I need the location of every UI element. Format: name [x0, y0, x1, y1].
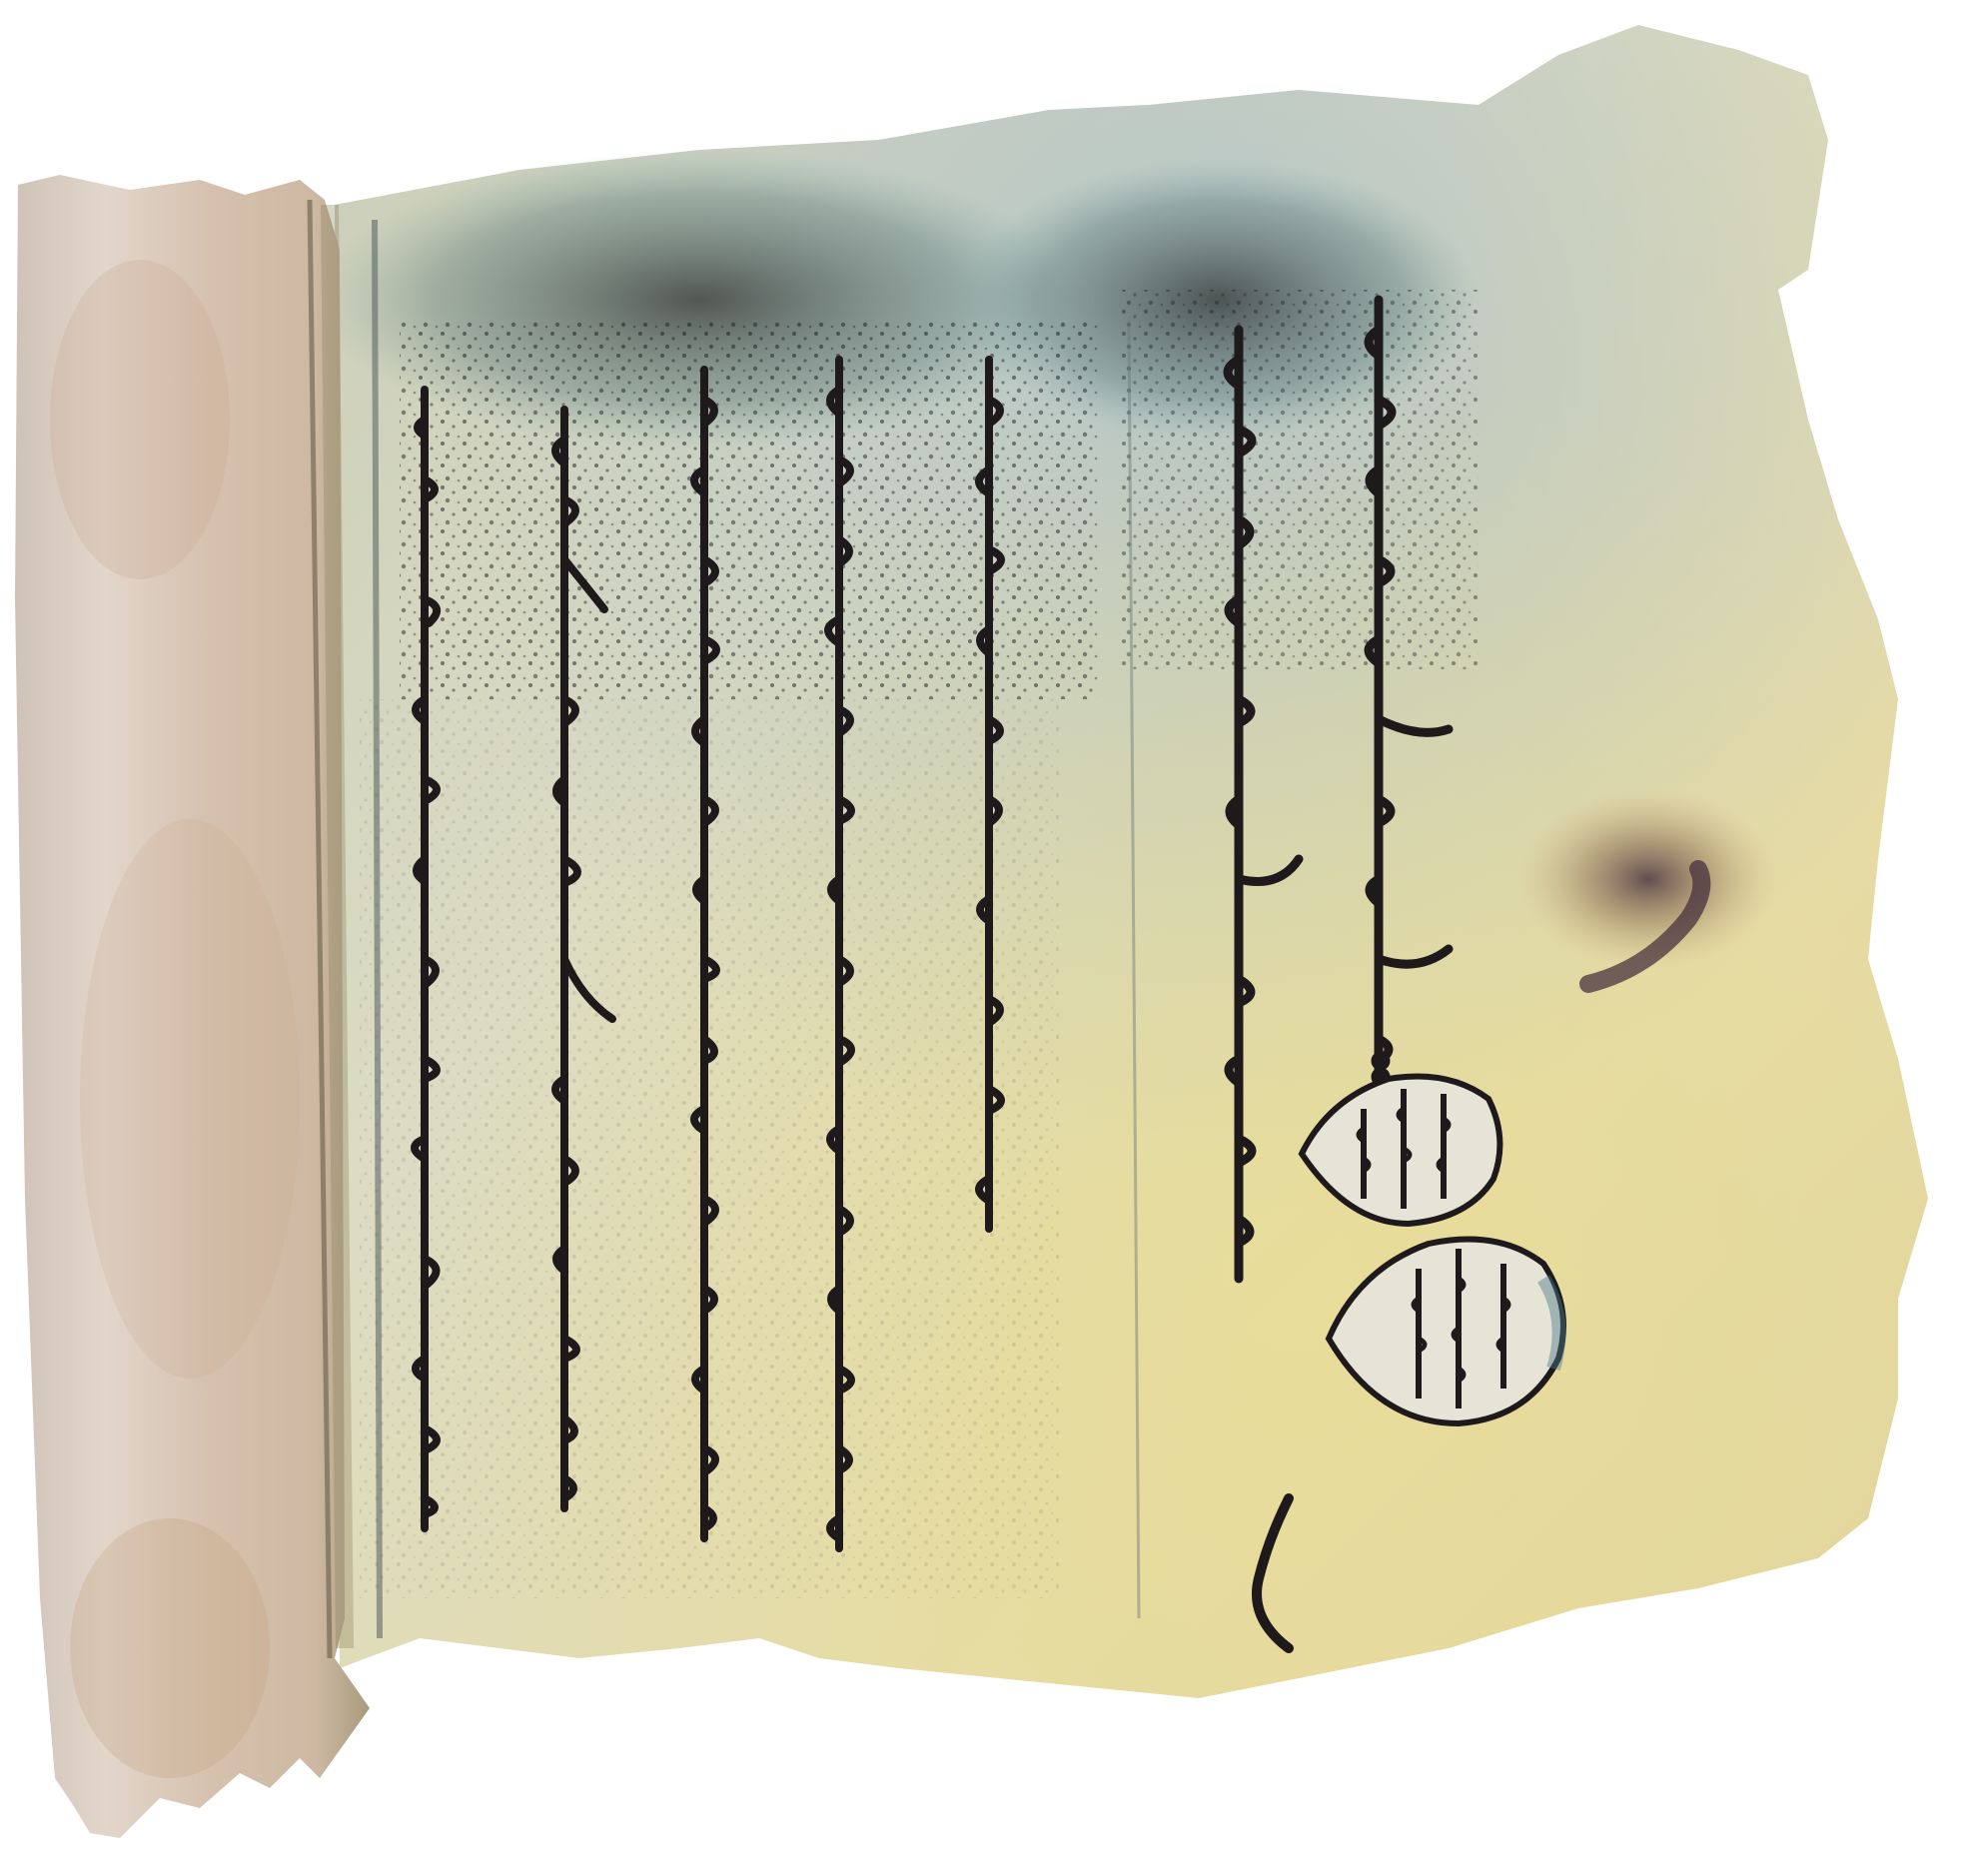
ink-stain	[1518, 789, 1778, 969]
scroll-photograph	[0, 0, 1978, 1876]
rolled-scroll	[15, 175, 370, 1838]
